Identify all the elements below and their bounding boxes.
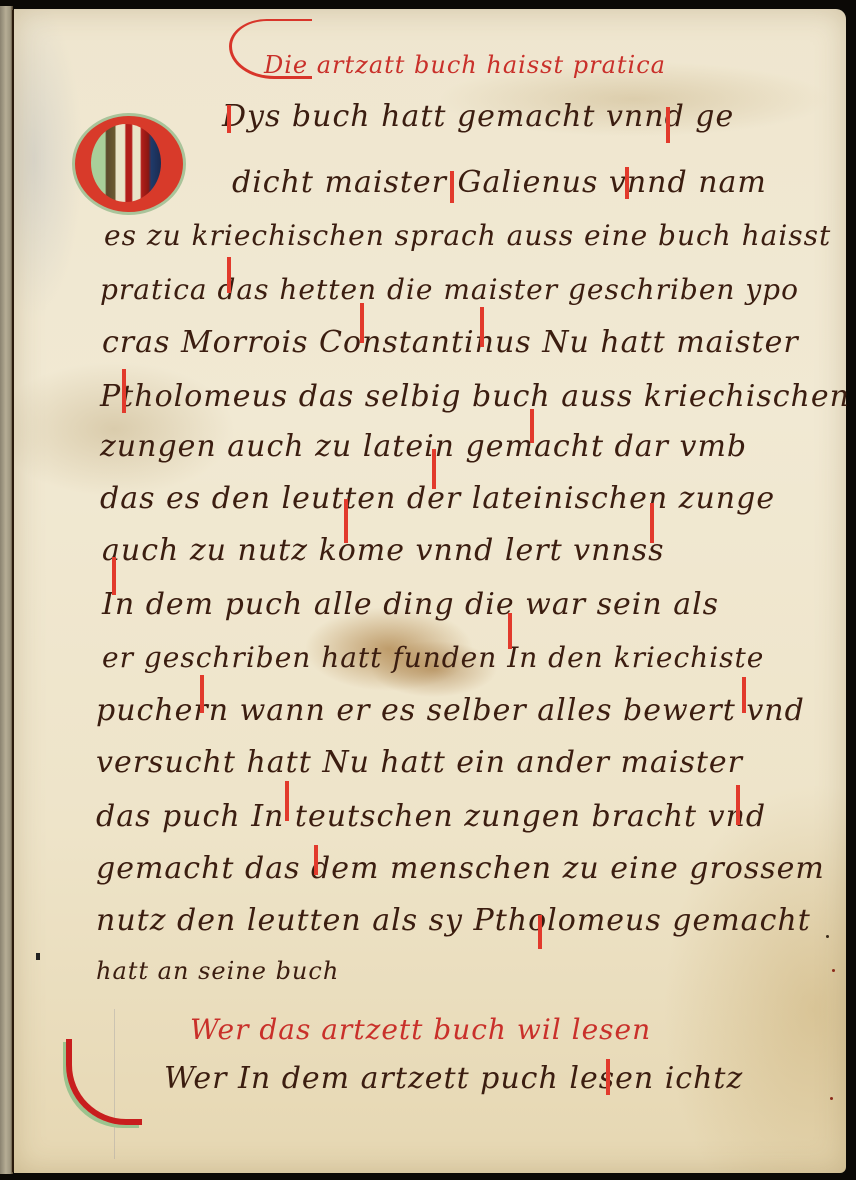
final-text-line: Wer In dem artzett puch lesen ichtz — [164, 1061, 743, 1096]
ink-speck — [826, 935, 829, 938]
decorated-initial-w — [66, 1039, 142, 1125]
rubric-stroke — [314, 845, 318, 875]
rubric-stroke — [530, 409, 534, 443]
text-line-10: In dem puch alle ding die war sein als — [102, 587, 719, 622]
text-line-14: das puch In teutschen zungen bracht vnd — [96, 799, 766, 834]
text-line-11: er geschriben hatt funden In den kriechi… — [102, 641, 764, 674]
text-line-17: hatt an seine buch — [96, 957, 339, 985]
rubric-heading: Die artzatt buch haisst pratica — [264, 51, 666, 79]
rubric-stroke — [606, 1059, 610, 1095]
margin-mark — [36, 953, 40, 960]
text-line-7: zungen auch zu latein gemacht dar vmb — [100, 429, 747, 464]
text-line-6: Ptholomeus das selbig buch auss kriechis… — [100, 379, 850, 414]
ink-speck — [830, 1097, 833, 1100]
text-line-8: das es den leutten der lateinischen zung… — [100, 481, 775, 516]
text-line-16: nutz den leutten als sy Ptholomeus gemac… — [96, 903, 811, 938]
text-line-2: dicht maister Galienus vnnd nam — [232, 165, 767, 200]
text-line-5: cras Morrois Constantinus Nu hatt maiste… — [102, 325, 799, 360]
text-line-13: versucht hatt Nu hatt ein ander maister — [96, 745, 743, 780]
text-line-1: Dys buch hatt gemacht vnnd ge — [222, 99, 734, 134]
text-line-15: gemacht das dem menschen zu eine grossem — [96, 851, 825, 886]
rubric-stroke — [736, 785, 740, 825]
rubric-stroke — [625, 167, 629, 199]
manuscript-page: Die artzatt buch haisst pratica Dys buch… — [14, 9, 846, 1173]
initial-infill-pattern — [91, 124, 161, 202]
rubric-stroke — [666, 107, 670, 143]
rubric-stroke — [480, 307, 484, 347]
rubric-stroke — [432, 449, 436, 489]
illuminated-initial-d — [72, 113, 186, 215]
rubric-stroke — [227, 105, 231, 133]
rubric-stroke — [227, 257, 231, 293]
rubric-stroke — [200, 675, 204, 713]
rubric-stroke — [742, 677, 746, 713]
rubric-stroke — [538, 915, 542, 949]
rubric-stroke — [450, 171, 454, 203]
rubric-stroke — [650, 503, 654, 543]
rubric-stroke — [112, 557, 116, 595]
rubric-stroke — [122, 369, 126, 413]
rubric-stroke — [285, 781, 289, 821]
rubric-line: Wer das artzett buch wil lesen — [190, 1013, 651, 1046]
rubric-stroke — [508, 613, 512, 649]
rubric-stroke — [344, 499, 348, 543]
rubric-stroke — [360, 303, 364, 343]
text-line-9: auch zu nutz kome vnnd lert vnnss — [102, 533, 665, 568]
ink-speck — [832, 969, 835, 972]
text-line-4: pratica das hetten die maister geschribe… — [100, 273, 799, 306]
text-line-3: es zu kriechischen sprach auss eine buch… — [104, 219, 831, 252]
